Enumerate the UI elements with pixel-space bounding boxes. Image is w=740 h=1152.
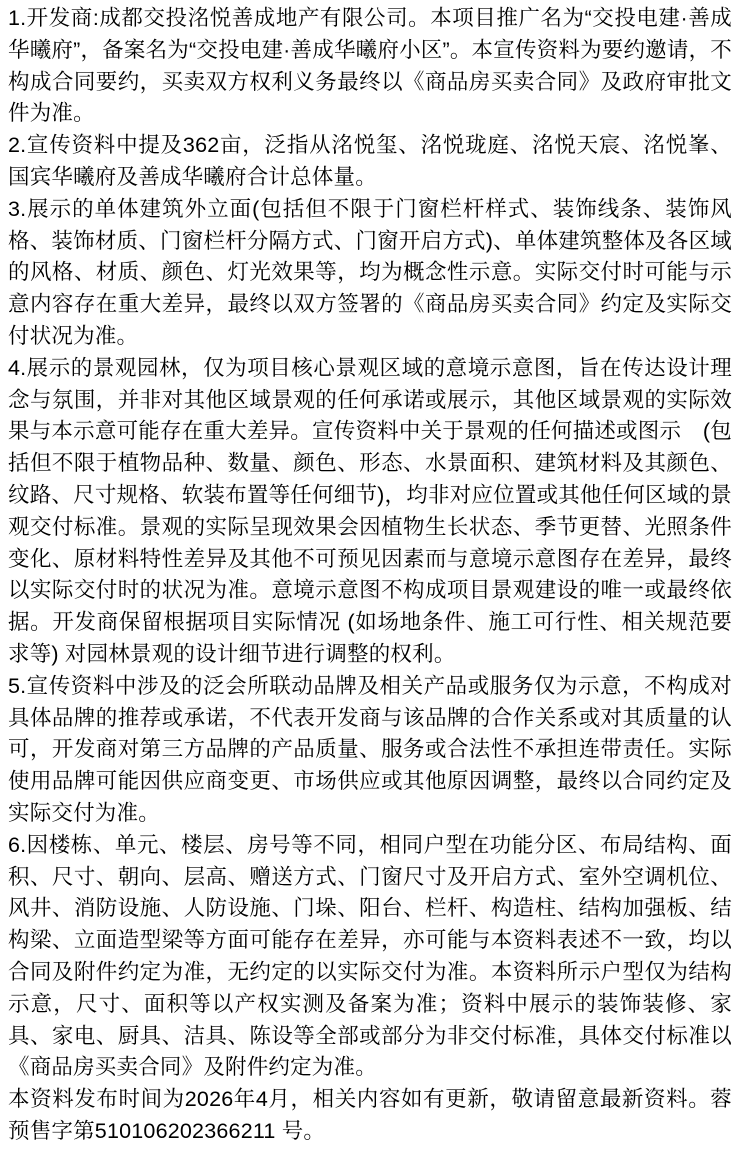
disclaimer-paragraph-building-facade: 3.展示的单体建筑外立面(包括但不限于门窗栏杆样式、装饰线条、装饰风格、装饰材质… xyxy=(8,194,732,353)
disclaimer-paragraph-total-area: 2.宣传资料中提及362亩，泛指从洺悦玺、洺悦珑庭、洺悦天宸、洺悦峯、国宾华曦府… xyxy=(8,130,732,194)
disclaimer-paragraph-developer-info: 1.开发商:成都交投洺悦善成地产有限公司。本项目推广名为“交投电建·善成华曦府”… xyxy=(8,3,732,130)
disclaimer-paragraph-landscape: 4.展示的景观园林，仅为项目核心景观区域的意境示意图，旨在传达设计理念与氛围，并… xyxy=(8,353,732,671)
disclaimer-paragraph-publish-date-permit: 本资料发布时间为2026年4月，相关内容如有更新，敬请留意最新资料。蓉预售字第5… xyxy=(8,1084,732,1148)
disclaimer-page: 1.开发商:成都交投洺悦善成地产有限公司。本项目推广名为“交投电建·善成华曦府”… xyxy=(0,0,740,1152)
disclaimer-paragraph-unit-differences: 6.因楼栋、单元、楼层、房号等不同，相同户型在功能分区、布局结构、面积、尺寸、朝… xyxy=(8,830,732,1084)
disclaimer-paragraph-brands: 5.宣传资料中涉及的泛会所联动品牌及相关产品或服务仅为示意，不构成对具体品牌的推… xyxy=(8,671,732,830)
